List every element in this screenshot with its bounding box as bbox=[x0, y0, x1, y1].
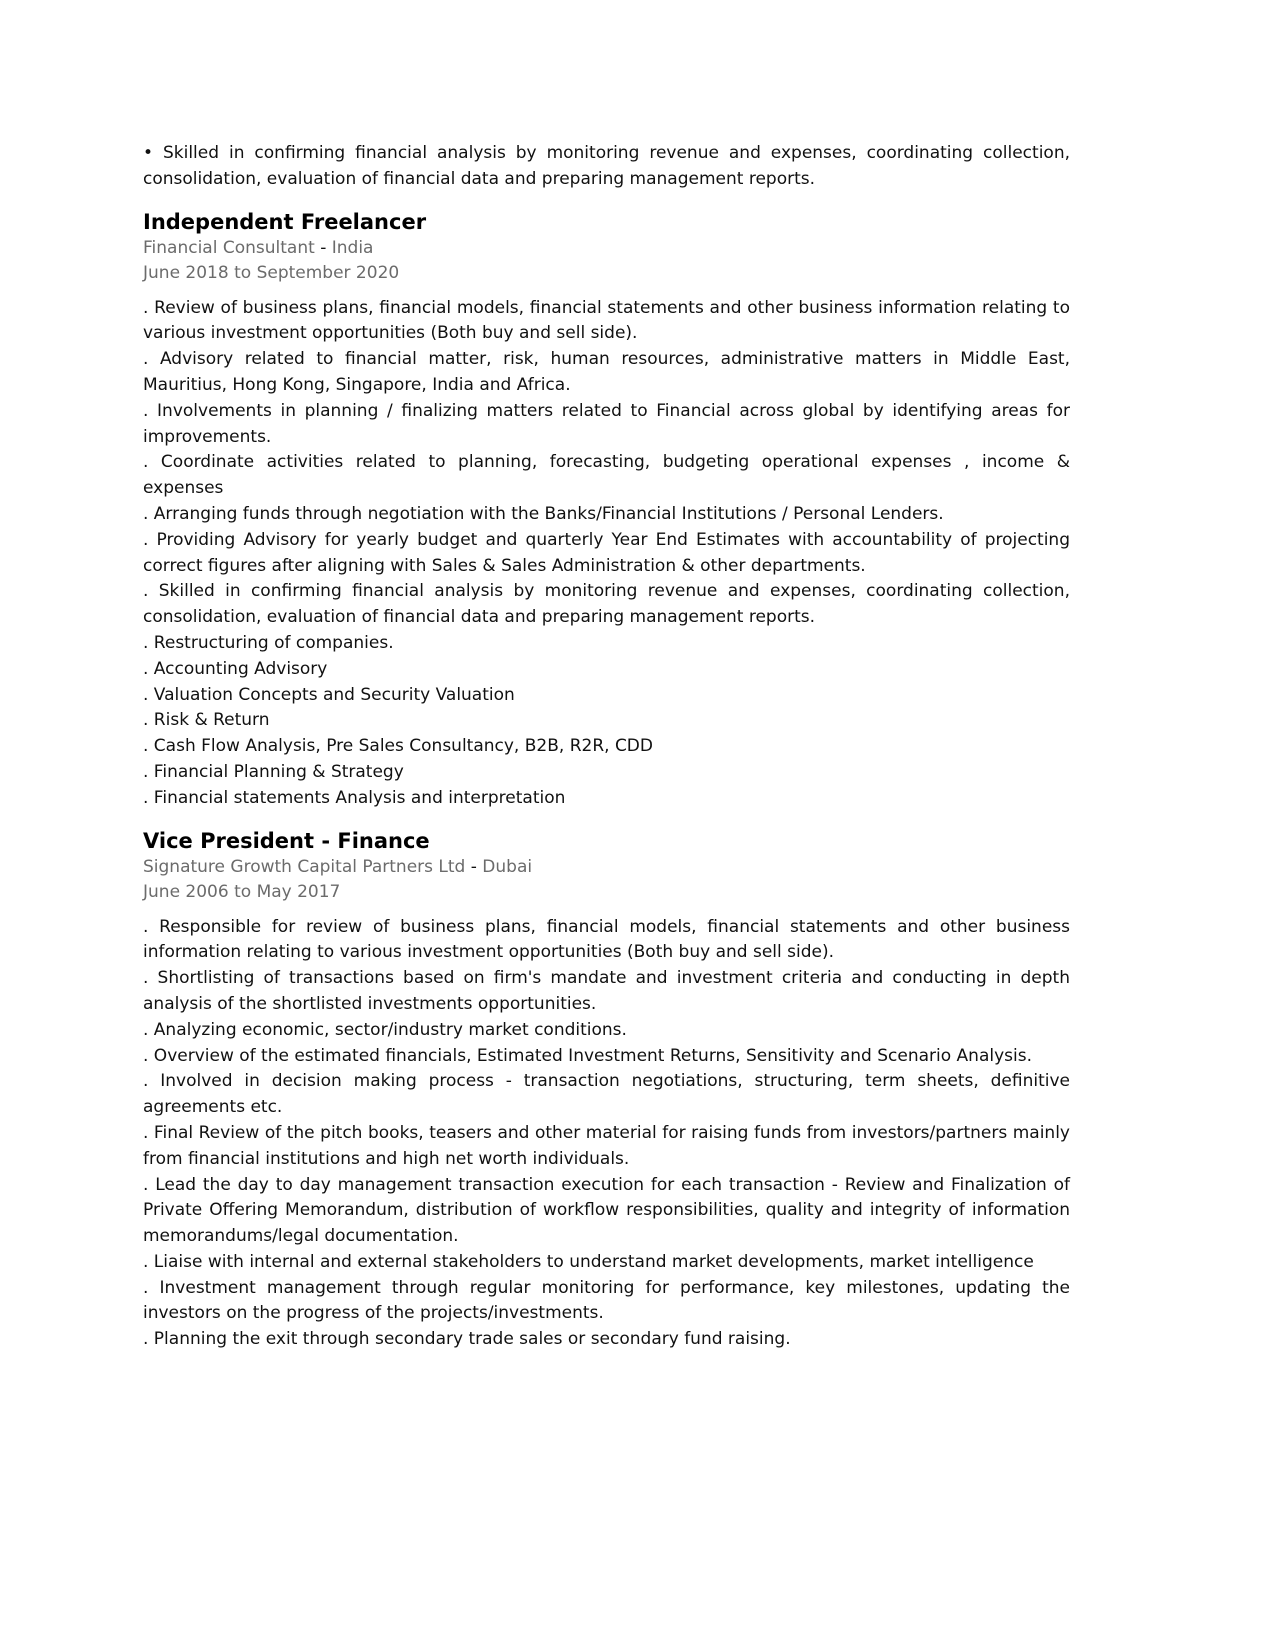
separator: - bbox=[320, 238, 326, 258]
bullet-item: . Restructuring of companies. bbox=[143, 631, 1070, 657]
bullet-item: . Risk & Return bbox=[143, 708, 1070, 734]
intro-paragraph: • Skilled in confirming financial analys… bbox=[143, 141, 1070, 193]
job-location: Dubai bbox=[482, 857, 532, 877]
resume-page: • Skilled in confirming financial analys… bbox=[143, 141, 1070, 1353]
bullet-item: . Responsible for review of business pla… bbox=[143, 915, 1070, 967]
bullet-item: . Lead the day to day management transac… bbox=[143, 1173, 1070, 1250]
bullet-item: . Coordinate activities related to plann… bbox=[143, 450, 1070, 502]
job-company: Signature Growth Capital Partners Ltd bbox=[143, 857, 465, 877]
job-bullets: . Responsible for review of business pla… bbox=[143, 915, 1070, 1354]
bullet-item: . Involvements in planning / finalizing … bbox=[143, 399, 1070, 451]
job-dates: June 2018 to September 2020 bbox=[143, 261, 1070, 287]
bullet-item: . Financial statements Analysis and inte… bbox=[143, 786, 1070, 812]
job-dates: June 2006 to May 2017 bbox=[143, 880, 1070, 906]
bullet-item: . Involved in decision making process - … bbox=[143, 1069, 1070, 1121]
bullet-item: . Accounting Advisory bbox=[143, 657, 1070, 683]
bullet-item: . Planning the exit through secondary tr… bbox=[143, 1327, 1070, 1353]
job-title: Independent Freelancer bbox=[143, 208, 1070, 236]
job-entry-freelancer: Independent Freelancer Financial Consult… bbox=[143, 208, 1070, 812]
job-location: India bbox=[332, 238, 374, 258]
job-role: Financial Consultant bbox=[143, 238, 315, 258]
bullet-item: . Advisory related to financial matter, … bbox=[143, 347, 1070, 399]
bullet-item: . Cash Flow Analysis, Pre Sales Consulta… bbox=[143, 734, 1070, 760]
bullet-item: . Financial Planning & Strategy bbox=[143, 760, 1070, 786]
bullet-item: . Liaise with internal and external stak… bbox=[143, 1250, 1070, 1276]
bullet-item: . Skilled in confirming financial analys… bbox=[143, 579, 1070, 631]
bullet-item: . Shortlisting of transactions based on … bbox=[143, 966, 1070, 1018]
job-company-location: Signature Growth Capital Partners Ltd - … bbox=[143, 855, 1070, 881]
job-title: Vice President - Finance bbox=[143, 827, 1070, 855]
job-bullets: . Review of business plans, financial mo… bbox=[143, 296, 1070, 812]
bullet-item: . Analyzing economic, sector/industry ma… bbox=[143, 1018, 1070, 1044]
bullet-item: . Review of business plans, financial mo… bbox=[143, 296, 1070, 348]
bullet-item: . Investment management through regular … bbox=[143, 1276, 1070, 1328]
bullet-item: . Providing Advisory for yearly budget a… bbox=[143, 528, 1070, 580]
bullet-item: . Arranging funds through negotiation wi… bbox=[143, 502, 1070, 528]
job-entry-vice-president: Vice President - Finance Signature Growt… bbox=[143, 827, 1070, 1354]
separator: - bbox=[471, 857, 477, 877]
bullet-item: . Overview of the estimated financials, … bbox=[143, 1044, 1070, 1070]
job-company-location: Financial Consultant - India bbox=[143, 236, 1070, 262]
bullet-item: . Final Review of the pitch books, tease… bbox=[143, 1121, 1070, 1173]
bullet-item: . Valuation Concepts and Security Valuat… bbox=[143, 683, 1070, 709]
